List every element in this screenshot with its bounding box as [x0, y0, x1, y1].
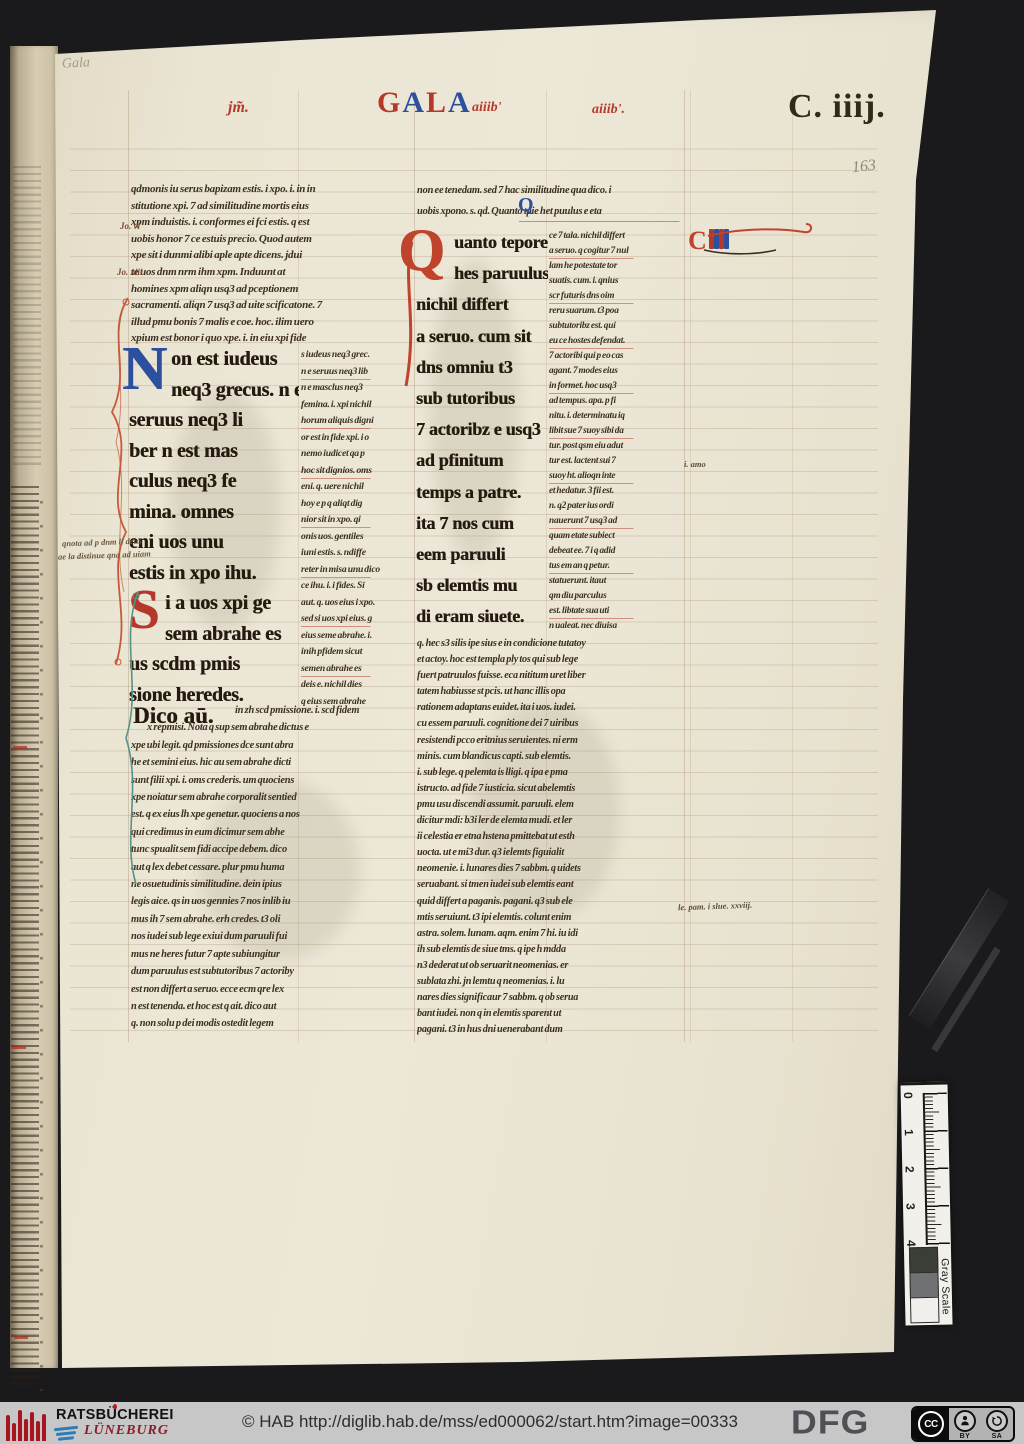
text-line: est. libtate sua uti	[549, 604, 685, 619]
text-line: qdmonis iu serus bapizam estis. i xpo. i…	[131, 181, 415, 198]
text-line: eni uos unu	[129, 527, 299, 558]
text-line: illud pmu bonis 7 malis e coe. hoc. ilim…	[131, 314, 415, 331]
cc-icon: CC	[913, 1408, 949, 1440]
gray-scale-patches	[909, 1248, 938, 1324]
text-line: deis e. nichil dies	[301, 677, 413, 694]
pencil-note: Gala	[62, 55, 91, 72]
text-line: femina. i. xpi nichil	[301, 397, 413, 414]
text-line: suoy ht. alioqn inte	[549, 469, 685, 484]
text-line: scr futuris dns oim	[549, 289, 685, 304]
text-line: mina. omnes	[129, 497, 299, 528]
umlaut-drop-icon	[113, 1404, 117, 1409]
text-line: seruabant. si tmen iudei sub elemtis ean…	[417, 877, 687, 893]
text-line: culus neq3 fe	[129, 466, 299, 497]
mid-column-lemma-text: uanto teporehes paruulus enichil differt…	[416, 227, 548, 633]
rubric-mark	[13, 746, 27, 749]
text-line: legis aice. qs in uos gennies 7 nos inli…	[131, 893, 417, 910]
title-letter: L	[426, 86, 448, 119]
text-line: in formet. hoc usq3	[549, 379, 685, 394]
text-line: ih sub elemtis de siue tms. q ipe h mdda	[417, 942, 687, 958]
text-line: neomenie. i. lunares dies 7 sabbm. q uid…	[417, 861, 687, 877]
text-line: hoy e p q aliqt dig	[301, 496, 413, 513]
facing-page-edge	[10, 46, 58, 1368]
text-line: x repmisi. Nota q sup sem abrahe dictus …	[131, 719, 417, 736]
cc-license-badge: CC BY SA	[911, 1406, 1015, 1442]
initial-q-small: Q	[518, 194, 534, 217]
chapter-marker-flourish	[700, 218, 820, 258]
text-line: est. q ex eius lh xpe genetur. quociens …	[131, 806, 417, 823]
text-line: nos iudei sub lege exiui dum paruuli fui	[131, 928, 417, 945]
text-line: eni. q. uere nichil	[301, 479, 413, 496]
gray-scale-ruler: 01234 Gray Scale	[900, 1082, 952, 1326]
text-line: 7 actoribz e usq3	[416, 414, 548, 445]
text-line: n ualeat. nec diuisa	[549, 619, 685, 633]
copyright-url: © HAB http://diglib.hab.de/mss/ed000062/…	[230, 1412, 750, 1432]
text-line: semen abrahe es	[301, 661, 413, 678]
text-line: homines xpm aliqn usq3 ad pceptionem	[131, 281, 415, 298]
text-line: onis uos. gentiles	[301, 529, 413, 546]
text-line: dum paruulus est subtutoribus 7 actoriby	[131, 963, 417, 980]
text-line: ii celestia er etna hstena pmittebat ut …	[417, 829, 687, 845]
text-line: sub tutoribus	[416, 383, 548, 414]
margin-citation: Jo. xiii	[117, 267, 143, 277]
mid-column-intro-gloss: non ee tenedam. sed 7 hac similitudine q…	[417, 180, 685, 225]
plastic-strip-reflection	[931, 947, 1001, 1052]
text-line: tur est. lactent sui 7	[549, 454, 685, 469]
text-line: quid differt a paganis. pagani. q3 sub e…	[417, 894, 687, 910]
text-line: sunt filii xpi. i. oms crederis. um quoc…	[131, 772, 417, 789]
text-line: statuerunt. itaut	[549, 574, 685, 589]
text-line: a seruo. q cogitur 7 nul	[549, 244, 685, 259]
penwork-flourish-teal	[112, 588, 146, 888]
running-header-left: jm̃.	[228, 99, 249, 117]
text-line: ne osuetudinis similitudine. dein ipius	[131, 876, 417, 893]
text-line: subtutoribz est. qui	[549, 319, 685, 334]
library-city: LÜNEBURG	[84, 1423, 169, 1439]
text-line: aut. q. uos eius i xpo.	[301, 595, 413, 612]
text-line: 0	[901, 1092, 915, 1099]
text-line: uocta. ut e mi3 dur. q3 ielemts figuiali…	[417, 845, 687, 861]
text-line: sublata zhi. jn lemtu q neomenias. i. lu	[417, 974, 687, 990]
plastic-strip-reflection	[909, 888, 1010, 1028]
text-line: ce ihu. i. i fides. Si	[301, 578, 413, 595]
text-line: resistendi pcco eritnius seruientes. ni …	[417, 733, 687, 749]
running-header-title: GALA	[377, 86, 472, 120]
manuscript-page: jm̃. GALA aiiib' aiiib'. C. iiij. 163 Ga…	[0, 0, 1024, 1402]
text-line: on est iudeus	[129, 344, 299, 375]
running-header-suffix: aiiib'	[472, 100, 502, 116]
text-line: te uos dnm nrm ihm xpm. Induunt at	[131, 264, 415, 281]
text-line: 3	[903, 1203, 917, 1210]
mid-column-side-gloss: ce 7 tala. nichil differta seruo. q cogi…	[549, 229, 685, 633]
facing-page-text-lines	[11, 486, 39, 1386]
text-line: nichil differt	[416, 289, 548, 320]
wave-icon	[54, 1425, 78, 1440]
text-line: n. q2 pater ius ordi	[549, 499, 685, 514]
title-letter: G	[377, 86, 402, 119]
cc-sa-unit: SA	[986, 1410, 1008, 1440]
text-line: nitu. i. determinatu iq	[549, 409, 685, 424]
color-bar	[909, 1247, 939, 1274]
dfg-logo: DFG	[791, 1403, 869, 1442]
text-line: q. hec s3 silis ipe sius e in condicione…	[417, 636, 687, 652]
left-column-lemma-text: on est iudeusneq3 grecus. n estseruus ne…	[129, 344, 299, 710]
text-line: horum aliquis digni	[301, 413, 413, 430]
text-line: cu essem paruuli. cognitione dei 7 uirib…	[417, 716, 687, 732]
text-line: eius seme abrahe. i.	[301, 628, 413, 645]
margin-annotation: i. amo	[684, 459, 706, 469]
text-line: i. sub lege. q pelemta is lligi. q ipa e…	[417, 765, 687, 781]
text-line: temps a patre.	[416, 477, 548, 508]
text-line: hes paruulus e	[416, 258, 548, 289]
text-line: tur. post qsm eiu adut	[549, 439, 685, 454]
text-line: n est tenenda. et hoc est q ait. dico au…	[131, 998, 417, 1015]
ruler-major-ticks	[924, 1093, 950, 1245]
text-line: ce 7 tala. nichil differt	[549, 229, 685, 244]
text-line: rationem adaptans euidet. ita i uos. iud…	[417, 700, 687, 716]
text-line: bant iudei. non q in elemtis sparent ut	[417, 1006, 687, 1022]
left-column-bottom-gloss: in zh scd pmissione. i. scd fidemx repmi…	[131, 702, 417, 1034]
text-line: dicitur mdi: b3i ler de elemta mudi. et …	[417, 813, 687, 829]
chapter-heading: C. iiij.	[788, 88, 886, 126]
text-line: istructo. ad fide 7 iusticia. sicut abel…	[417, 781, 687, 797]
text-line: non ee tenedam. sed 7 hac similitudine q…	[417, 180, 685, 201]
text-line: neq3 grecus. n est	[129, 375, 299, 406]
text-line: seruus neq3 li	[129, 405, 299, 436]
gray-scale-label: Gray Scale	[939, 1258, 952, 1315]
margin-citation: Jo. vi	[120, 221, 140, 231]
text-line: fuert patruulos fuisse. eca nititum uret…	[417, 668, 687, 684]
title-letter: A	[402, 86, 426, 119]
text-line: xpe sit i dunmi alibi aple apte dicens. …	[131, 247, 415, 264]
text-line: hoc sit dignios. oms	[301, 463, 413, 480]
color-bar	[910, 1297, 940, 1324]
text-line: xpe ubi legit. qd pmissiones dce sunt ab…	[131, 737, 417, 754]
text-line: suatis. cum. i. qnius	[549, 274, 685, 289]
text-line: xpm induistis. i. conformes ei fci estis…	[131, 214, 415, 231]
cc-by-person-icon	[954, 1410, 976, 1432]
text-line: sb elemtis mu	[416, 570, 548, 601]
cc-sa-arrow-icon	[986, 1410, 1008, 1432]
text-line: us scdm pmis	[129, 649, 299, 680]
text-line: uobis xpono. s. qd. Quanto tpie het puul…	[417, 201, 685, 222]
text-line: agant. 7 modes eius	[549, 364, 685, 379]
text-line: pmu usu discendi assumit. paruuli. elem	[417, 797, 687, 813]
library-name: RATSBÜCHEREI	[56, 1407, 174, 1423]
text-line: in zh scd pmissione. i. scd fidem	[131, 702, 417, 719]
facing-page-text-lines	[13, 166, 41, 466]
text-line: eu ce hostes defendat.	[549, 334, 685, 349]
text-line: mus ih 7 sem abrahe. erh credes. t3 oli	[131, 911, 417, 928]
text-line: tunc spualit sem fidi accipe debem. dico	[131, 841, 417, 858]
prick-marks	[40, 501, 43, 1391]
text-line: reter in misa unu dico	[301, 562, 413, 579]
text-line: or est in fide xpi. i o	[301, 430, 413, 447]
text-line: ad pfinitum	[416, 445, 548, 476]
text-line: lam he potestate tor	[549, 259, 685, 274]
color-bar	[909, 1272, 939, 1299]
initial-q-tail	[396, 240, 426, 390]
text-line: reru suarum. t3 poa	[549, 304, 685, 319]
text-line: et actoy. hoc est templa ply tos qui sub…	[417, 652, 687, 668]
rubric-mark	[14, 1336, 28, 1339]
text-line: aut q lex debet cessare. plur pmu huma	[131, 859, 417, 876]
text-line: nauerunt 7 usq3 ad	[549, 514, 685, 529]
text-line: et hedatur. 3 fii est.	[549, 484, 685, 499]
text-line: astra. solem. lunam. aqm. enim 7 hi. iu …	[417, 926, 687, 942]
text-line: mus ne heres futur 7 apte subiungitur	[131, 946, 417, 963]
text-line: qm diu parculus	[549, 589, 685, 604]
text-line: xpe noiatur sem abrahe corporalit sentie…	[131, 789, 417, 806]
text-line: he et semini eius. hic au sem abrahe dic…	[131, 754, 417, 771]
text-line: inih pfidem sicut	[301, 644, 413, 661]
text-line: libit sue 7 suoy sibi da	[549, 424, 685, 439]
photo-stage: jm̃. GALA aiiib' aiiib'. C. iiij. 163 Ga…	[0, 0, 1024, 1444]
text-line: debeat ee. 7 i q adid	[549, 544, 685, 559]
text-line: est non differt a seruo. ecce ecm qre le…	[131, 981, 417, 998]
text-line: minis. cum blandicus capti. sub elemtis.	[417, 749, 687, 765]
text-line: 1	[902, 1129, 916, 1136]
text-line: uanto tepore	[416, 227, 548, 258]
text-line: ad tempus. apa. p fi	[549, 394, 685, 409]
text-line: nior sit in xpo. qi	[301, 512, 413, 529]
footer-bar: RATSBÜCHEREI LÜNEBURG © HAB http://digli…	[0, 1402, 1024, 1444]
text-line: nares dies significaur 7 sabbm. q ob ser…	[417, 990, 687, 1006]
text-line: nemo iudicet qa p	[301, 446, 413, 463]
text-line: dns omniu t3	[416, 352, 548, 383]
ratsbuecherei-logo-icon	[6, 1410, 46, 1441]
running-header-right: aiiib'.	[592, 102, 625, 118]
text-line: 4	[904, 1240, 918, 1247]
text-line: qui credimus in eum dicimur sem abhe	[131, 824, 417, 841]
title-letter: A	[448, 86, 472, 119]
text-line: ber n est mas	[129, 436, 299, 467]
left-column-side-gloss: s iudeus neq3 grec.n e seruus neq3 libn …	[301, 347, 413, 711]
text-line: iuni estis. s. ndiffe	[301, 545, 413, 562]
text-line: mtis seruiunt. t3 ipi elemtis. colunt en…	[417, 910, 687, 926]
text-line: stitutione xpi. 7 ad similitudine mortis…	[131, 198, 415, 215]
text-line: a seruo. cum sit	[416, 321, 548, 352]
text-line: tatem habiusse st pcis. ut hanc illis op…	[417, 684, 687, 700]
text-line: di eram siuete.	[416, 601, 548, 632]
text-line: 2	[903, 1166, 917, 1173]
text-line: sacramenti. aliqn 7 usq3 ad uite scifica…	[131, 297, 415, 314]
left-column-intro-gloss: qdmonis iu serus bapizam estis. i xpo. i…	[131, 181, 415, 347]
text-line: eem paruuli	[416, 539, 548, 570]
text-line: quam etate subiect	[549, 529, 685, 544]
mid-column-bottom-gloss: q. hec s3 silis ipe sius e in condicione…	[417, 636, 687, 1038]
text-line: uobis honor 7 ce estuis precio. Quod aut…	[131, 231, 415, 248]
text-line: tus em an q petur.	[549, 559, 685, 574]
folio-number: 163	[851, 157, 877, 177]
cc-by-unit: BY	[954, 1410, 976, 1440]
rubric-mark	[12, 1046, 26, 1049]
text-line: n3 dederat ut ob seruarit neomenias. er	[417, 958, 687, 974]
ruler-numbers: 01234	[901, 1085, 925, 1255]
text-line: q. non solu p dei modis ostedit legem	[131, 1015, 417, 1032]
text-line: ita 7 nos cum	[416, 508, 548, 539]
text-line: pagani. t3 in hus dni uenerabant dum	[417, 1022, 687, 1038]
text-line: 7 actoribi qui p eo cas	[549, 349, 685, 364]
text-line: sed si uos xpi eius. g	[301, 611, 413, 628]
